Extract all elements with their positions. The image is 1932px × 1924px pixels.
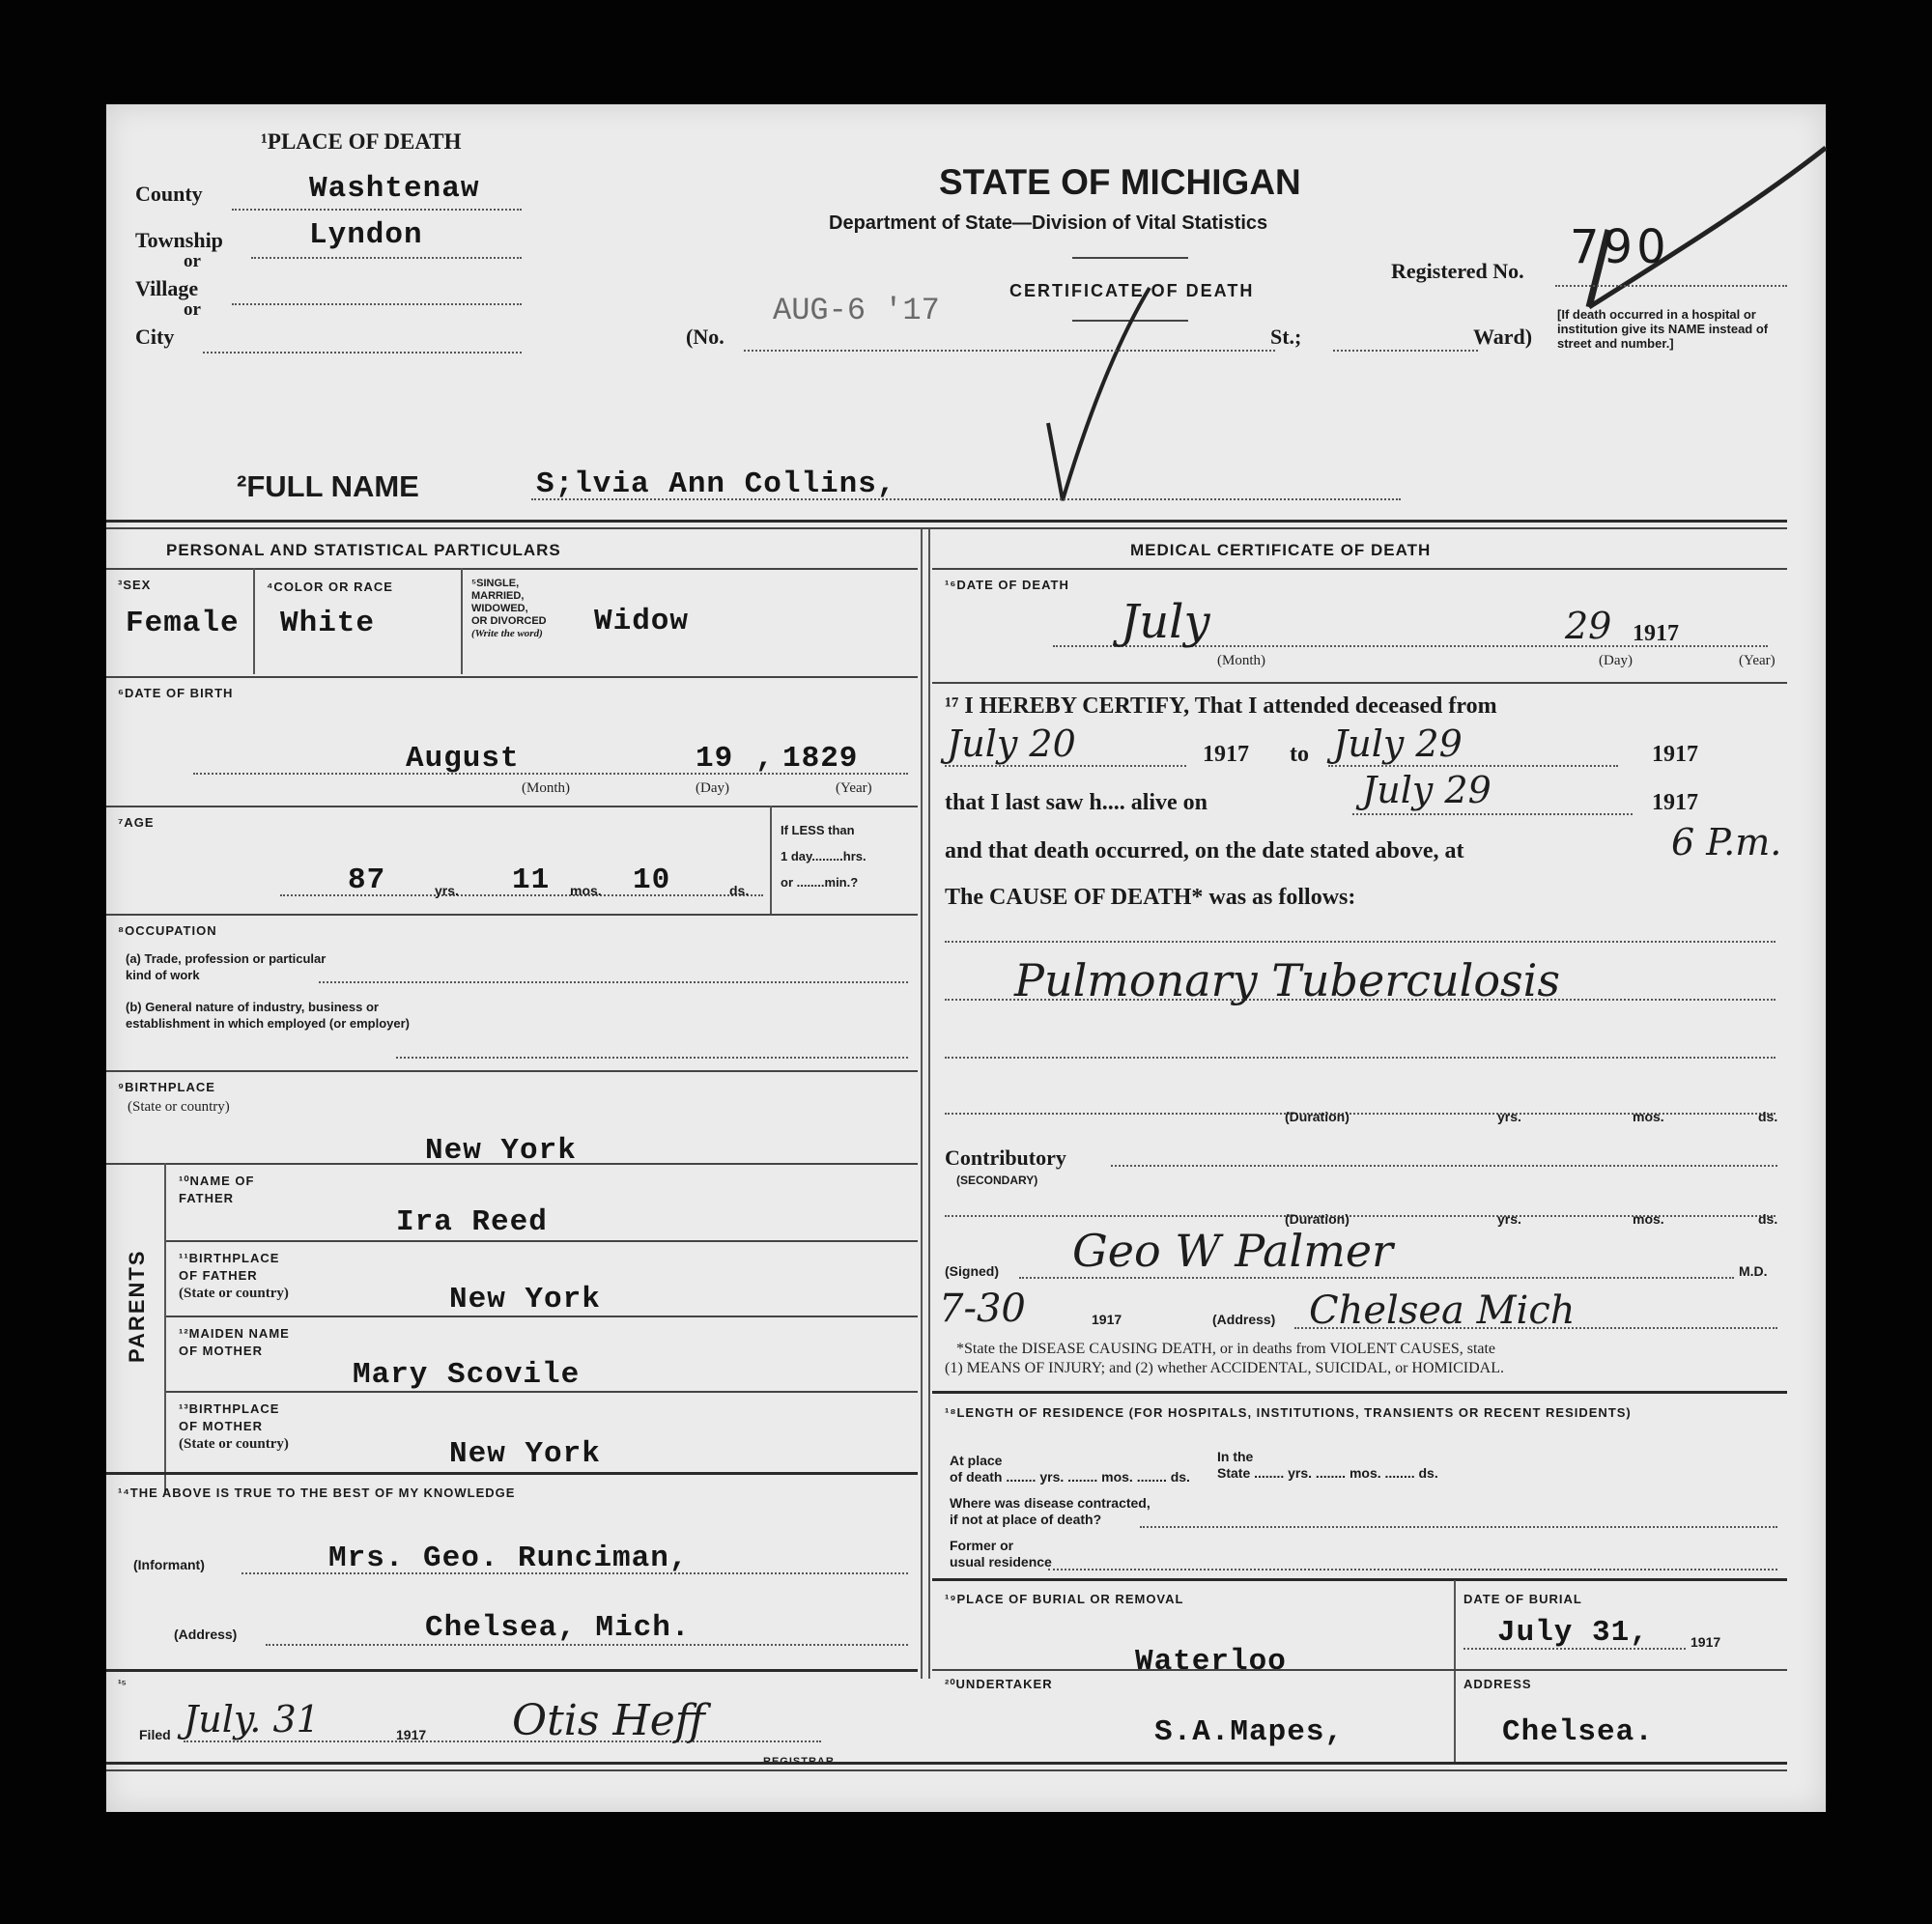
medical-title-rule bbox=[932, 568, 1787, 570]
duration-ds-2: ds. bbox=[1758, 1211, 1777, 1228]
row-rule-mother bbox=[166, 1391, 918, 1393]
father-name-label: ¹⁰NAME OF FATHER bbox=[179, 1173, 254, 1207]
birthplace-sub: (State or country) bbox=[128, 1099, 230, 1116]
signed-year: 1917 bbox=[1092, 1312, 1122, 1328]
contributory-line bbox=[1111, 1165, 1777, 1167]
header-divider-2 bbox=[106, 527, 1787, 529]
where-contracted-line bbox=[1140, 1526, 1777, 1528]
race-label: ⁴COLOR OR RACE bbox=[267, 580, 393, 594]
age-ds-label: ds. bbox=[729, 883, 749, 899]
ward-line bbox=[1333, 350, 1478, 352]
checkmark-icon bbox=[1043, 278, 1159, 510]
residence-heading: ¹⁸LENGTH OF RESIDENCE (FOR HOSPITALS, IN… bbox=[945, 1404, 1785, 1422]
dod-year-caption: (Year) bbox=[1739, 653, 1776, 669]
dob-comma: , bbox=[755, 742, 775, 776]
place-of-death-heading: ¹PLACE OF DEATH bbox=[261, 129, 462, 155]
attended-from-line bbox=[945, 765, 1186, 767]
row-rule-5 bbox=[106, 1163, 918, 1165]
age-years: 87 bbox=[348, 863, 385, 897]
age-divider bbox=[770, 806, 772, 914]
registered-no-value: 790 bbox=[1570, 220, 1670, 274]
age-yrs-label: yrs. bbox=[435, 883, 459, 899]
dob-year: 1829 bbox=[782, 742, 858, 776]
dob-label: ⁶DATE OF BIRTH bbox=[118, 686, 233, 700]
township-label: Township bbox=[135, 228, 223, 253]
footnote-line-1: *State the DISEASE CAUSING DEATH, or in … bbox=[956, 1341, 1495, 1358]
row-rule-father bbox=[166, 1240, 918, 1242]
sex-value: Female bbox=[126, 607, 240, 640]
duration-yrs-1: yrs. bbox=[1497, 1109, 1521, 1125]
dod-day: 29 bbox=[1565, 605, 1611, 647]
dod-year: 1917 bbox=[1633, 621, 1679, 647]
state-title: STATE OF MICHIGAN bbox=[939, 162, 1301, 203]
filed-label: Filed bbox=[139, 1727, 171, 1743]
full-name-label: ²FULL NAME bbox=[237, 469, 419, 504]
father-birthplace-label: ¹¹BIRTHPLACE OF FATHER (State or country… bbox=[179, 1250, 289, 1302]
township-line bbox=[251, 257, 522, 259]
registrar-signature: Otis Heff bbox=[512, 1696, 705, 1745]
less-than-note: If LESS than 1 day.........hrs. or .....… bbox=[781, 817, 867, 895]
dob-day: 19 bbox=[696, 742, 733, 776]
column-divider bbox=[921, 529, 923, 1679]
county-label: County bbox=[135, 182, 203, 207]
signed-date: 7-30 bbox=[939, 1287, 1026, 1331]
row-rule-2 bbox=[106, 806, 918, 807]
duration-label-1: (Duration) bbox=[1285, 1109, 1350, 1125]
certify-text: ¹⁷ I HEREBY CERTIFY, That I attended dec… bbox=[945, 693, 1497, 720]
ward-label: Ward) bbox=[1473, 325, 1532, 350]
signed-label: (Signed) bbox=[945, 1263, 999, 1280]
sex-label: ³SEX bbox=[118, 578, 151, 592]
city-label: City bbox=[135, 325, 174, 350]
street-label: St.; bbox=[1270, 325, 1301, 350]
county-line bbox=[232, 209, 522, 211]
father-name-value: Ira Reed bbox=[396, 1205, 548, 1239]
row-rule-4 bbox=[106, 1070, 918, 1072]
former-residence-line bbox=[1048, 1569, 1777, 1570]
or-label-1: or bbox=[184, 251, 201, 272]
cause-text: The CAUSE OF DEATH* was as follows: bbox=[945, 885, 1355, 911]
dod-month: July bbox=[1121, 595, 1210, 649]
age-months: 11 bbox=[512, 863, 550, 897]
city-line bbox=[203, 352, 522, 354]
street-no-label: (No. bbox=[686, 325, 724, 350]
md-label: M.D. bbox=[1739, 1263, 1768, 1280]
marital-value: Widow bbox=[594, 605, 689, 638]
burial-rule bbox=[932, 1669, 1787, 1671]
footnote-rule bbox=[932, 1391, 1787, 1394]
secondary-label: (SECONDARY) bbox=[956, 1173, 1037, 1189]
age-label: ⁷AGE bbox=[118, 815, 155, 830]
street-line bbox=[744, 350, 1275, 352]
dod-label: ¹⁶DATE OF DEATH bbox=[945, 578, 1069, 592]
race-value: White bbox=[280, 607, 375, 640]
sex-divider bbox=[253, 568, 255, 674]
last-saw-text: that I last saw h.... alive on bbox=[945, 790, 1207, 816]
burial-date-value: July 31, bbox=[1497, 1616, 1649, 1650]
last-saw-date: July 29 bbox=[1362, 769, 1492, 811]
cause-line-1 bbox=[945, 941, 1776, 943]
county-value: Washtenaw bbox=[309, 172, 479, 206]
to-label: to bbox=[1290, 742, 1309, 768]
mother-name-label: ¹²MAIDEN NAME OF MOTHER bbox=[179, 1325, 290, 1360]
occurred-text: and that death occurred, on the date sta… bbox=[945, 838, 1464, 864]
row-rule-father-bp bbox=[166, 1316, 918, 1317]
dob-month-caption: (Month) bbox=[522, 780, 570, 797]
full-name-value: S;lvia Ann Collins, bbox=[536, 467, 895, 501]
marital-label: ⁵SINGLE, MARRIED, WIDOWED, OR DIVORCED (… bbox=[471, 578, 547, 640]
undertaker-value: S.A.Mapes, bbox=[1154, 1715, 1344, 1749]
death-time: 6 P.m. bbox=[1671, 821, 1781, 863]
occupation-a-label: (a) Trade, profession or particular kind… bbox=[126, 950, 338, 983]
residence-in-state: In the State ........ yrs. ........ mos.… bbox=[1217, 1449, 1438, 1482]
death-certificate: ¹PLACE OF DEATH County Washtenaw Townshi… bbox=[106, 104, 1826, 1812]
registered-no-label: Registered No. bbox=[1391, 259, 1524, 284]
informant-label: (Informant) bbox=[133, 1557, 205, 1573]
attended-to-year: 1917 bbox=[1652, 742, 1698, 768]
occupation-label: ⁸OCCUPATION bbox=[118, 923, 217, 938]
header-divider bbox=[106, 520, 1787, 523]
dob-month: August bbox=[406, 742, 520, 776]
dod-month-caption: (Month) bbox=[1217, 653, 1265, 669]
mother-birthplace-label: ¹³BIRTHPLACE OF MOTHER (State or country… bbox=[179, 1401, 289, 1453]
informant-address-value: Chelsea, Mich. bbox=[425, 1611, 690, 1645]
bottom-rule bbox=[106, 1762, 1787, 1765]
occupation-b-line bbox=[396, 1057, 908, 1059]
footnote-line-2: (1) MEANS OF INJURY; and (2) whether ACC… bbox=[945, 1360, 1504, 1377]
hospital-note: [If death occurred in a hospital or inst… bbox=[1557, 307, 1779, 351]
mother-name-value: Mary Scovile bbox=[353, 1358, 580, 1392]
filing-number: ¹⁵ bbox=[118, 1677, 127, 1693]
column-divider-2 bbox=[928, 529, 930, 1679]
parents-sidebar-divider bbox=[164, 1163, 166, 1493]
village-label: Village bbox=[135, 276, 198, 301]
last-saw-year: 1917 bbox=[1652, 790, 1698, 816]
father-birthplace-value: New York bbox=[449, 1283, 601, 1316]
age-mos-label: mos. bbox=[570, 883, 602, 899]
parents-sidebar-label: PARENTS bbox=[125, 1305, 150, 1363]
title-rule-top bbox=[1072, 257, 1188, 259]
dob-day-caption: (Day) bbox=[696, 780, 729, 797]
informant-bottom-rule bbox=[106, 1669, 918, 1672]
received-stamp: AUG-6 '17 bbox=[773, 293, 940, 328]
attended-from-year: 1917 bbox=[1203, 742, 1249, 768]
burial-place-value: Waterloo bbox=[1135, 1645, 1287, 1679]
occupation-a-line bbox=[319, 981, 908, 983]
duration-mos-2: mos. bbox=[1633, 1211, 1664, 1228]
attended-to-line bbox=[1328, 765, 1618, 767]
attended-to: July 29 bbox=[1333, 722, 1463, 765]
dob-year-caption: (Year) bbox=[836, 780, 872, 797]
filed-line bbox=[184, 1740, 821, 1742]
occupation-b-label: (b) General nature of industry, business… bbox=[126, 999, 415, 1032]
row-rule-3 bbox=[106, 914, 918, 916]
informant-value: Mrs. Geo. Runciman, bbox=[328, 1542, 688, 1575]
bottom-rule-2 bbox=[106, 1769, 1787, 1771]
contributory-label: Contributory bbox=[945, 1146, 1066, 1171]
personal-section-title: PERSONAL AND STATISTICAL PARTICULARS bbox=[166, 541, 561, 560]
burial-place-label: ¹⁹PLACE OF BURIAL OR REMOVAL bbox=[945, 1592, 1183, 1606]
village-line bbox=[232, 303, 522, 305]
or-label-2: or bbox=[184, 299, 201, 321]
duration-ds-1: ds. bbox=[1758, 1109, 1777, 1125]
department-subtitle: Department of State—Division of Vital St… bbox=[829, 212, 1267, 235]
physician-signature: Geo W Palmer bbox=[1072, 1225, 1393, 1277]
residence-rule bbox=[932, 1578, 1787, 1581]
row-rule-1 bbox=[106, 676, 918, 678]
township-value: Lyndon bbox=[309, 218, 423, 252]
informant-heading: ¹⁴THE ABOVE IS TRUE TO THE BEST OF MY KN… bbox=[118, 1485, 515, 1500]
parents-bottom-rule bbox=[106, 1472, 918, 1475]
undertaker-address-label: ADDRESS bbox=[1463, 1677, 1532, 1691]
where-contracted-label: Where was disease contracted, if not at … bbox=[950, 1495, 1151, 1528]
undertaker-address-value: Chelsea. bbox=[1502, 1715, 1654, 1749]
duration-mos-1: mos. bbox=[1633, 1109, 1664, 1125]
burial-date-label: DATE OF BURIAL bbox=[1463, 1592, 1582, 1606]
filed-date: July. 31 bbox=[184, 1698, 320, 1740]
signed-line bbox=[1019, 1277, 1734, 1279]
duration-yrs-2: yrs. bbox=[1497, 1211, 1521, 1228]
residence-at-place: At place of death ........ yrs. ........… bbox=[950, 1453, 1190, 1485]
informant-address-label: (Address) bbox=[174, 1627, 237, 1643]
dod-rule bbox=[932, 682, 1787, 684]
filed-year: 1917 bbox=[396, 1727, 426, 1743]
medical-section-title: MEDICAL CERTIFICATE OF DEATH bbox=[1130, 541, 1431, 560]
large-checkmark-icon bbox=[1507, 143, 1835, 317]
birthplace-label: ⁹BIRTHPLACE bbox=[118, 1080, 215, 1094]
attended-from: July 20 bbox=[947, 722, 1076, 765]
race-divider bbox=[461, 568, 463, 674]
cause-value: Pulmonary Tuberculosis bbox=[1014, 954, 1560, 1006]
physician-address: Chelsea Mich bbox=[1309, 1288, 1576, 1333]
registered-no-line bbox=[1555, 285, 1787, 287]
former-residence-label: Former or usual residence bbox=[950, 1538, 1052, 1570]
physician-address-label: (Address) bbox=[1212, 1312, 1275, 1328]
undertaker-label: ²⁰UNDERTAKER bbox=[945, 1677, 1053, 1692]
burial-divider bbox=[1454, 1580, 1456, 1764]
last-saw-line bbox=[1352, 813, 1633, 815]
dod-day-caption: (Day) bbox=[1599, 653, 1633, 669]
burial-year: 1917 bbox=[1690, 1634, 1720, 1651]
mother-birthplace-value: New York bbox=[449, 1437, 601, 1471]
cause-line-3 bbox=[945, 1057, 1776, 1059]
age-days: 10 bbox=[633, 863, 670, 897]
personal-title-rule bbox=[106, 568, 918, 570]
